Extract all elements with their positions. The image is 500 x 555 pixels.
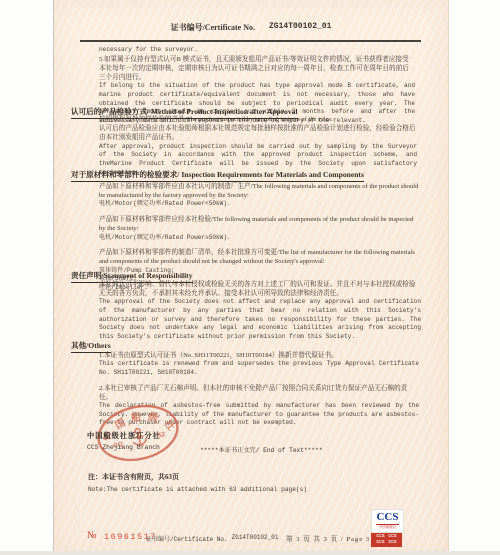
materials-group1-item: 电机/Motor(额定功率/Rated Power<50kW).: [99, 200, 419, 209]
intro-carryover-line: necessary for the surveyor.: [99, 46, 415, 55]
note-zh: 注：本证书含有附页，共63页: [88, 472, 179, 482]
method-p1: 按照规程每批抽样检验的产品/The product inspected by s…: [99, 115, 417, 124]
materials-section-heading: 对于原材料和零部件的检验要求/ Inspection Requirements …: [71, 169, 364, 182]
materials-section-heading-wrap: 对于原材料和零部件的检验要求/ Inspection Requirements …: [71, 164, 364, 182]
certificate-no-label: 证书编号/Certificate No.: [171, 22, 255, 33]
materials-group2-item: 电机/Motor(额定功率/Rated Power≥50kW).: [99, 234, 419, 243]
responsibility-section-body: 本社的认可不影响、替代与本社授权或检验无关的各方对上述工厂的认可和发证。并且不对…: [99, 280, 421, 342]
others-item1-en: This certificate is renewed from and sup…: [99, 360, 419, 377]
materials-group2-text: 产品如下原材料和零部件应经本社检验/The following material…: [99, 215, 419, 233]
certificate-no-value: ZG14T00102_01: [269, 22, 331, 33]
ccs-logo-subtext: 中国船级社: [379, 525, 397, 529]
certificate-page: 证书编号/Certificate No. ZG14T00102_01 neces…: [53, 0, 449, 555]
end-of-text-line: *****本证书正文完/ End of Text*****: [200, 445, 323, 454]
ccs-logo-text: CCS: [376, 512, 398, 525]
footer-cert-value: ZG14T00102_01: [232, 534, 279, 543]
note-en: Note:The certificate is attached with 63…: [88, 486, 307, 493]
footer-cert-label: 证书编号/Certificate No.: [146, 534, 228, 543]
page-header: 证书编号/Certificate No. ZG14T00102_01: [54, 22, 448, 33]
header-rule: [80, 40, 421, 42]
method-p2-zh: 认可后的产品检验应由本社验船师根据本社规范规定每批抽样按批准的产品检验计划进行检…: [99, 124, 417, 142]
others-item1-zh: 1.本证书由原型式认可证书（No. SH11T00221，SH10T00184）…: [99, 351, 419, 360]
serial-prefix: №: [87, 530, 97, 541]
responsibility-zh: 本社的认可不影响、替代与本社授权或检验无关的各方对上述工厂的认可和发证。并且不对…: [99, 280, 421, 298]
branch-name-zh: 中国船级社浙江分社: [87, 431, 161, 441]
ccs-logo: CCS 中国船级社: [371, 509, 404, 533]
branch-name-en: CCS Zhejiang Branch: [87, 444, 160, 451]
scan-bottom-edge: [0, 551, 500, 555]
responsibility-en: The approval of the Society does not aff…: [99, 298, 421, 341]
intro-item5-zh: 5.如果属于仅持有型式认可B 模式证书，且无需颁发船用产品证书/等效证明文件的情…: [99, 55, 415, 83]
materials-group1-text: 产品如下原材料和零部件应由本社认可的制造厂生产/The following ma…: [99, 182, 419, 200]
ccs-logo-band: CCS CCS CCS CCS: [371, 533, 402, 547]
footer-certificate-no: 证书编号/Certificate No. ZG14T00102_01: [146, 534, 278, 543]
materials-group3-text: 产品如下原材料和零部件的制造厂清单，经本社批准方可变更/The list of …: [99, 248, 419, 266]
